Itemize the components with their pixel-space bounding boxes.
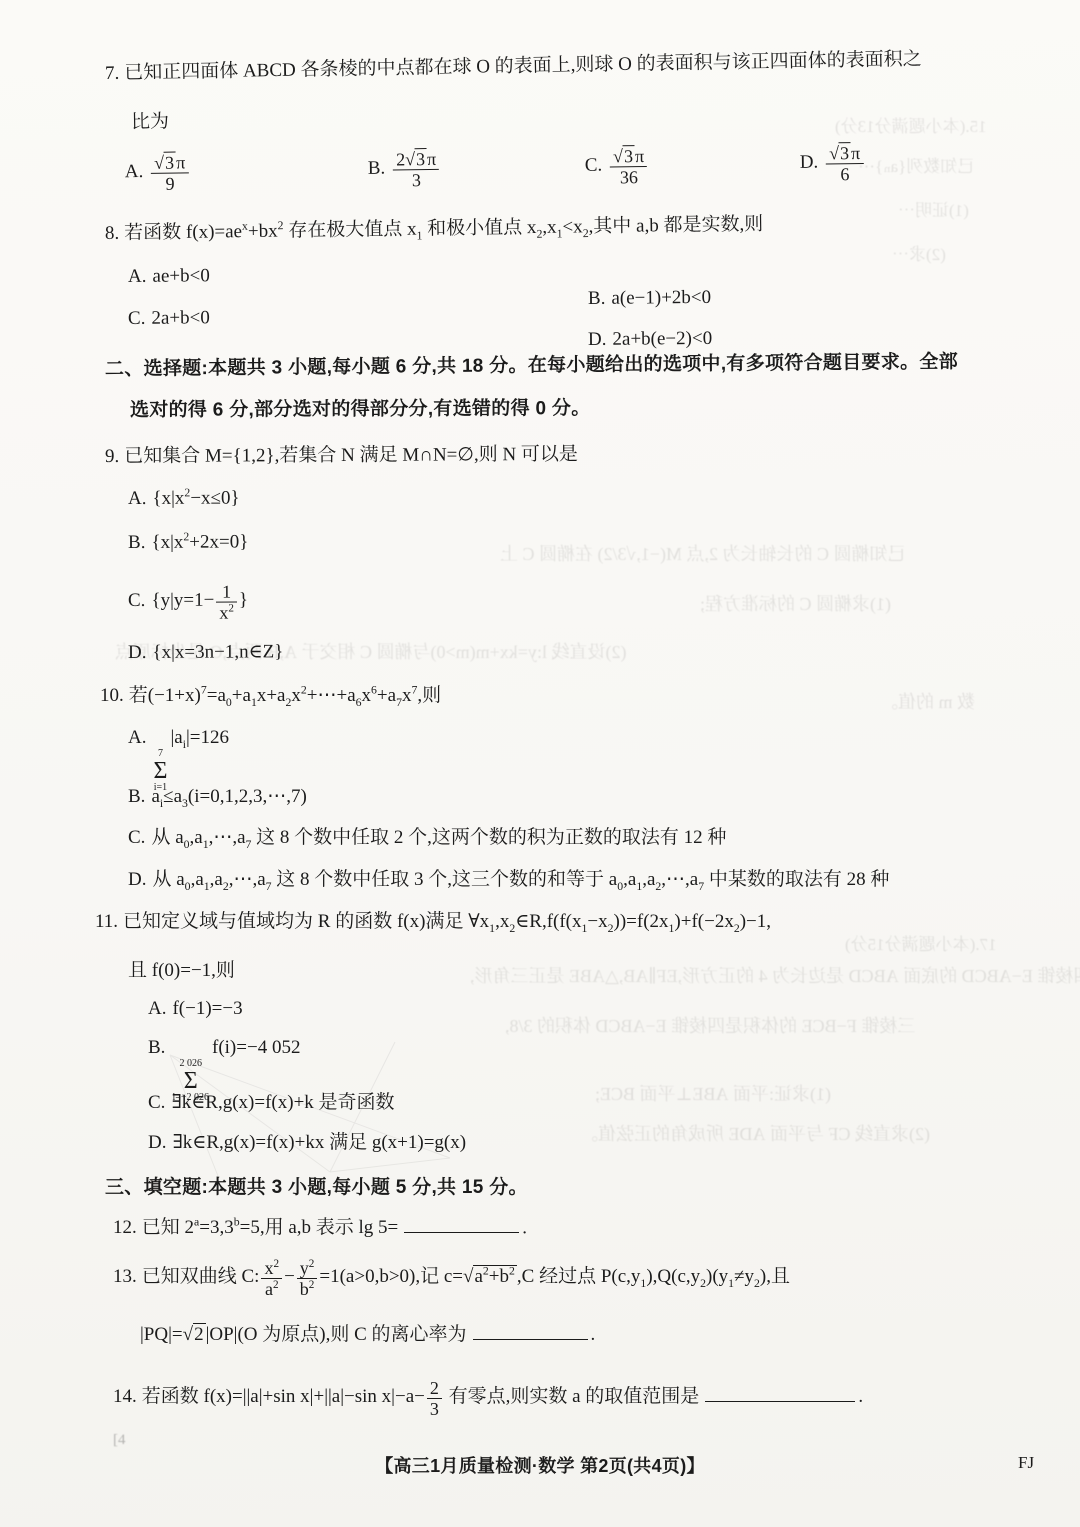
q9-option-a: A.{x|x2−x≤0} [128, 487, 240, 512]
q10-option-b: B.ai≤a3(i=0,1,2,3,⋯,7) [128, 785, 307, 812]
bleedthrough-text: 三棱锥 F−BCE 的体积是四棱锥 E−ABCD 体积的 3/8, [505, 1012, 915, 1038]
q9-option-c: C.{y|y=1−1x2} [128, 581, 248, 623]
q7-option-a: A.√3π9 [125, 152, 191, 194]
q7-stem-line1: 7.已知正四面体 ABCD 各条棱的中点都在球 O 的表面上,则球 O 的表面积… [105, 48, 922, 86]
q12-number: 12. [113, 1217, 137, 1238]
scan-corner-artifact: [4 [113, 1432, 126, 1449]
q8-option-d: D.2a+b(e−2)<0 [588, 327, 712, 352]
q11-option-a: A.f(−1)=−3 [148, 997, 243, 1021]
q13-stem-line1: 13.已知双曲线 C:x2a2−y2b2=1(a>0,b>0),记 c=√a2+… [113, 1258, 790, 1299]
bleedthrough-text: (2)设直线 l:y=kx+m(m>0)与椭圆 C 相交于 A,B 两点,O 是… [115, 638, 626, 664]
q9-stem-text: 已知集合 M={1,2},若集合 N 满足 M∩N=∅,则 N 可以是 [124, 444, 578, 467]
q7-option-a-math: √3π9 [149, 161, 190, 183]
q14-stem-text: 若函数 f(x)=||a|+sin x|+||a|−sin x|−a−23 有零… [142, 1386, 700, 1407]
q11-stem-text1: 已知定义域与值域均为 R 的函数 f(x)满足 ∀x1,x2∈R,f(f(x1−… [123, 911, 771, 932]
q7-option-d: D.√3π6 [800, 143, 866, 185]
q7-stem-line2: 比为 [131, 110, 169, 134]
q8-stem: 8.若函数 f(x)=aex+bx2 存在极大值点 x1 和极小值点 x2,x1… [105, 213, 764, 249]
q14-answer-blank [705, 1398, 855, 1402]
page-footer: 【高三1月质量检测·数学 第2页(共4页)】 [0, 1452, 1080, 1478]
q11-stem-line1: 11.已知定义域与值域均为 R 的函数 f(x)满足 ∀x1,x2∈R,f(f(… [95, 910, 771, 937]
bleedthrough-text: 17.(本小题满分15分) [845, 930, 997, 955]
section2-heading-line2: 选对的得 6 分,部分选对的得部分分,有选错的得 0 分。 [130, 397, 591, 423]
q7-option-c-math: √3π36 [608, 154, 649, 176]
q14-stem: 14.若函数 f(x)=||a|+sin x|+||a|−sin x|−a−23… [113, 1378, 863, 1419]
q10-stem: 10.若(−1+x)7=a0+a1x+a2x2+⋯+a6x6+a7x7,则 [100, 684, 441, 711]
q14-number: 14. [113, 1386, 137, 1407]
q11-number: 11. [95, 911, 118, 932]
bleedthrough-text: 已知椭圆 C 的长轴长为 2,点 M(−1,√3/2) 在椭圆 C 上 [500, 540, 906, 566]
q7-option-b: B.2√3π3 [368, 149, 442, 191]
bleedthrough-text: 如图,四棱锥 E−ABCD 的底面 ABCD 是边长为 4 的正方形,EF∥AB… [470, 962, 1080, 988]
bleedthrough-text: 15.(本小题满分13分) [835, 112, 987, 137]
q13-number: 13. [113, 1266, 137, 1287]
bleedthrough-text: (2)求⋯ [892, 240, 946, 265]
q8-number: 8. [105, 223, 120, 244]
q9-option-b: B.{x|x2+2x=0} [128, 530, 248, 555]
footer-code: FJ [1018, 1452, 1034, 1473]
q10-option-d: D.从 a0,a1,a2,⋯,a7 这 8 个数中任取 3 个,这三个数的和等于… [128, 868, 889, 895]
q10-number: 10. [100, 685, 124, 706]
q11-stem-line2: 且 f(0)=−1,则 [128, 959, 235, 983]
q7-option-c: C.√3π36 [585, 146, 650, 188]
q8-stem-text: 若函数 f(x)=aex+bx2 存在极大值点 x1 和极小值点 x2,x1<x… [124, 214, 763, 244]
q7-number: 7. [105, 63, 120, 84]
q12-stem: 12.已知 2a=3,3b=5,用 a,b 表示 lg 5=. [113, 1216, 527, 1240]
q9-number: 9. [105, 446, 119, 467]
scanned-exam-page: 7.已知正四面体 ABCD 各条棱的中点都在球 O 的表面上,则球 O 的表面积… [0, 0, 1080, 1527]
bleedthrough-text: 数 m 的值。 [880, 688, 975, 714]
q8-option-a: A.ae+b<0 [128, 264, 210, 288]
q12-stem-text: 已知 2a=3,3b=5,用 a,b 表示 lg 5= [142, 1217, 399, 1238]
q9-stem: 9.已知集合 M={1,2},若集合 N 满足 M∩N=∅,则 N 可以是 [105, 443, 578, 469]
q13-stem-line2: |PQ|=√2|OP|(O 为原点),则 C 的离心率为. [140, 1323, 595, 1347]
q12-answer-blank [404, 1229, 519, 1233]
q8-option-b: B.a(e−1)+2b<0 [588, 286, 711, 311]
q13-stem-text2: |PQ|=√2|OP|(O 为原点),则 C 的离心率为 [140, 1323, 467, 1345]
section2-heading-line1: 二、选择题:本题共 3 小题,每小题 6 分,共 18 分。在每小题给出的选项中… [105, 351, 958, 382]
bleedthrough-diagram-lines [150, 1030, 480, 1180]
q10-option-c: C.从 a0,a1,⋯,a7 这 8 个数中任取 2 个,这两个数的积为正数的取… [128, 826, 726, 853]
bleedthrough-text: (1)证明⋯ [898, 196, 969, 221]
q10-option-a: A.7Σi=1|ai|=126 [128, 726, 229, 793]
q13-answer-blank [473, 1336, 588, 1340]
q13-stem-text1: 已知双曲线 C:x2a2−y2b2=1(a>0,b>0),记 c=√a2+b2,… [142, 1266, 790, 1287]
bleedthrough-text: 已知数列{aₙ}⋯ [858, 152, 974, 177]
q8-option-c: C.2a+b<0 [128, 306, 210, 330]
bleedthrough-text: (2)求直线 CF 与平面 ADE 所成角的正弦值。 [580, 1120, 930, 1146]
q7-stem-text1: 已知正四面体 ABCD 各条棱的中点都在球 O 的表面上,则球 O 的表面积与该… [124, 49, 922, 84]
q7-option-b-math: 2√3π3 [391, 157, 441, 179]
bleedthrough-text: (1)求椭圆 C 的标准方程; [700, 590, 891, 616]
bleedthrough-text: (1)求证:平面 ABE⊥平面 BCE; [595, 1080, 831, 1106]
q10-stem-text: 若(−1+x)7=a0+a1x+a2x2+⋯+a6x6+a7x7,则 [129, 685, 441, 706]
